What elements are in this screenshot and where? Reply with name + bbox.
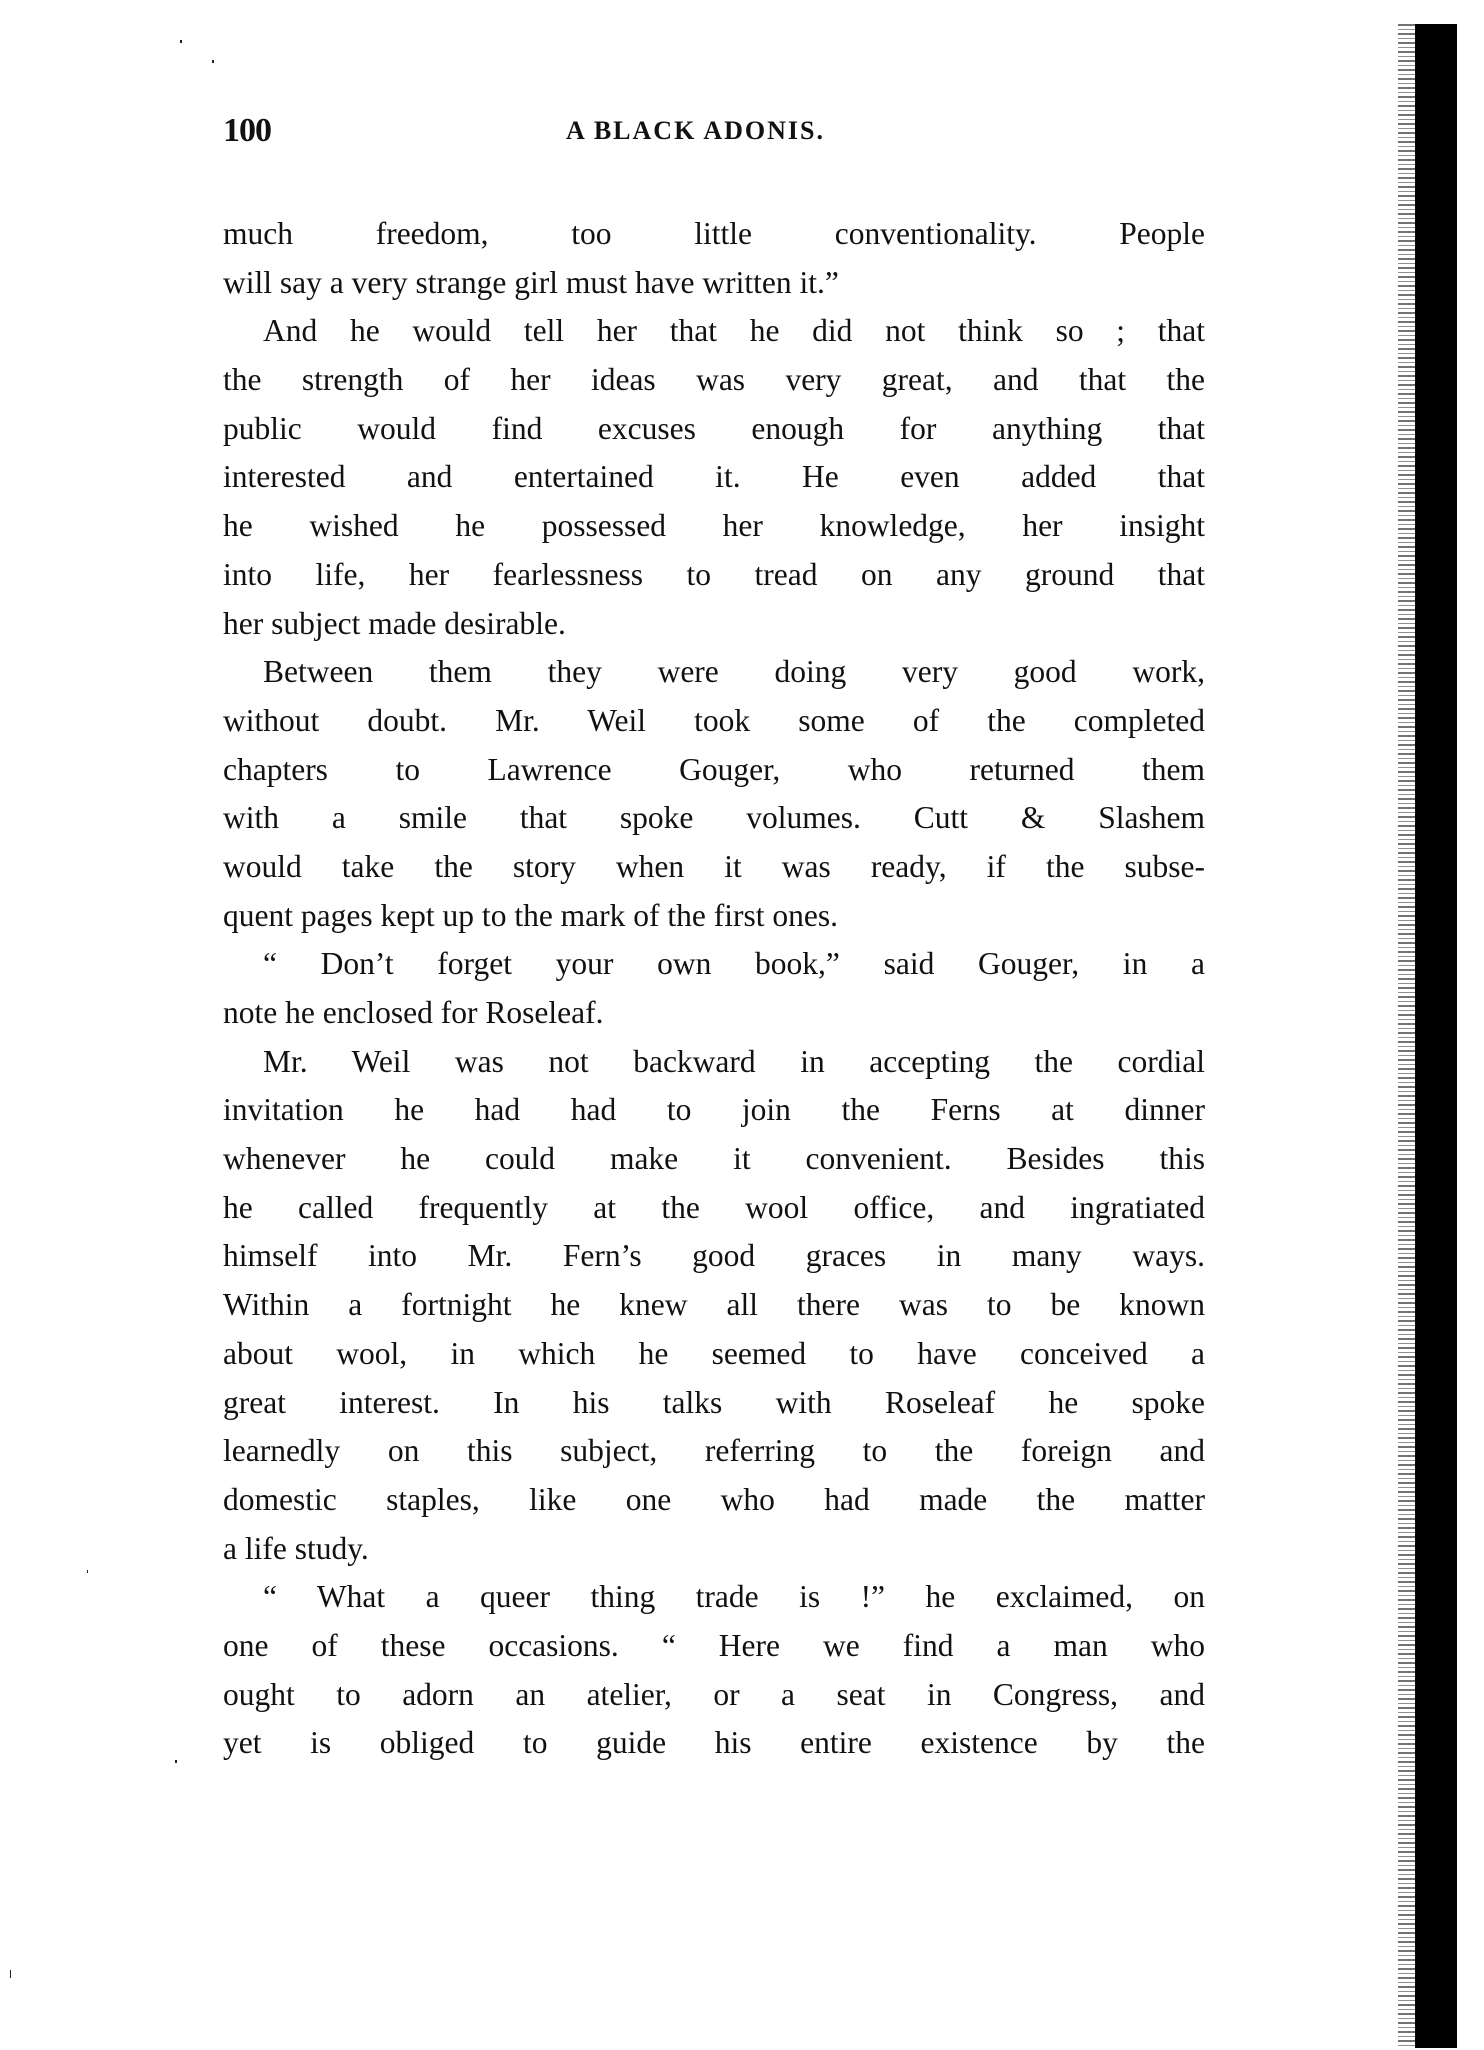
text-line: her subject made desirable. [223, 600, 1205, 649]
text-line: learnedly on this subject, referring to … [223, 1427, 1205, 1476]
text-line: the strength of her ideas was very great… [223, 356, 1205, 405]
text-line: And he would tell her that he did not th… [223, 307, 1205, 356]
text-line: himself into Mr. Fern’s good graces in m… [223, 1232, 1205, 1281]
running-title: A BLACK ADONIS. [566, 116, 825, 146]
text-line: chapters to Lawrence Gouger, who returne… [223, 746, 1205, 795]
scan-speck [10, 1970, 11, 1978]
text-line: interested and entertained it. He even a… [223, 453, 1205, 502]
scan-speck [180, 40, 182, 43]
text-line: a life study. [223, 1525, 1205, 1574]
text-line: note he enclosed for Roseleaf. [223, 989, 1205, 1038]
text-line: Within a fortnight he knew all there was… [223, 1281, 1205, 1330]
page-binding-shadow [1415, 24, 1457, 2048]
text-line: Mr. Weil was not backward in accepting t… [223, 1038, 1205, 1087]
text-line: ought to adorn an atelier, or a seat in … [223, 1671, 1205, 1720]
text-line: he wished he possessed her knowledge, he… [223, 502, 1205, 551]
scan-speck [175, 1760, 177, 1763]
text-line: about wool, in which he seemed to have c… [223, 1330, 1205, 1379]
text-line: “ Don’t forget your own book,” said Goug… [223, 940, 1205, 989]
scan-speck [87, 1570, 88, 1573]
text-line: will say a very strange girl must have w… [223, 259, 1205, 308]
text-line: whenever he could make it convenient. Be… [223, 1135, 1205, 1184]
text-line: with a smile that spoke volumes. Cutt & … [223, 794, 1205, 843]
text-line: great interest. In his talks with Rosele… [223, 1379, 1205, 1428]
text-line: quent pages kept up to the mark of the f… [223, 892, 1205, 941]
scan-speck [212, 60, 214, 63]
page-header: 100 A BLACK ADONIS. [223, 112, 1205, 156]
text-line: into life, her fearlessness to tread on … [223, 551, 1205, 600]
text-line: “ What a queer thing trade is !” he excl… [223, 1573, 1205, 1622]
body-text: much freedom, too little conventionality… [223, 210, 1205, 1768]
text-line: would take the story when it was ready, … [223, 843, 1205, 892]
text-line: much freedom, too little conventionality… [223, 210, 1205, 259]
text-line: public would find excuses enough for any… [223, 405, 1205, 454]
text-line: domestic staples, like one who had made … [223, 1476, 1205, 1525]
text-line: Between them they were doing very good w… [223, 648, 1205, 697]
text-line: yet is obliged to guide his entire exist… [223, 1719, 1205, 1768]
text-line: he called frequently at the wool office,… [223, 1184, 1205, 1233]
text-line: invitation he had had to join the Ferns … [223, 1086, 1205, 1135]
text-line: without doubt. Mr. Weil took some of the… [223, 697, 1205, 746]
page-number: 100 [223, 112, 271, 150]
text-line: one of these occasions. “ Here we find a… [223, 1622, 1205, 1671]
